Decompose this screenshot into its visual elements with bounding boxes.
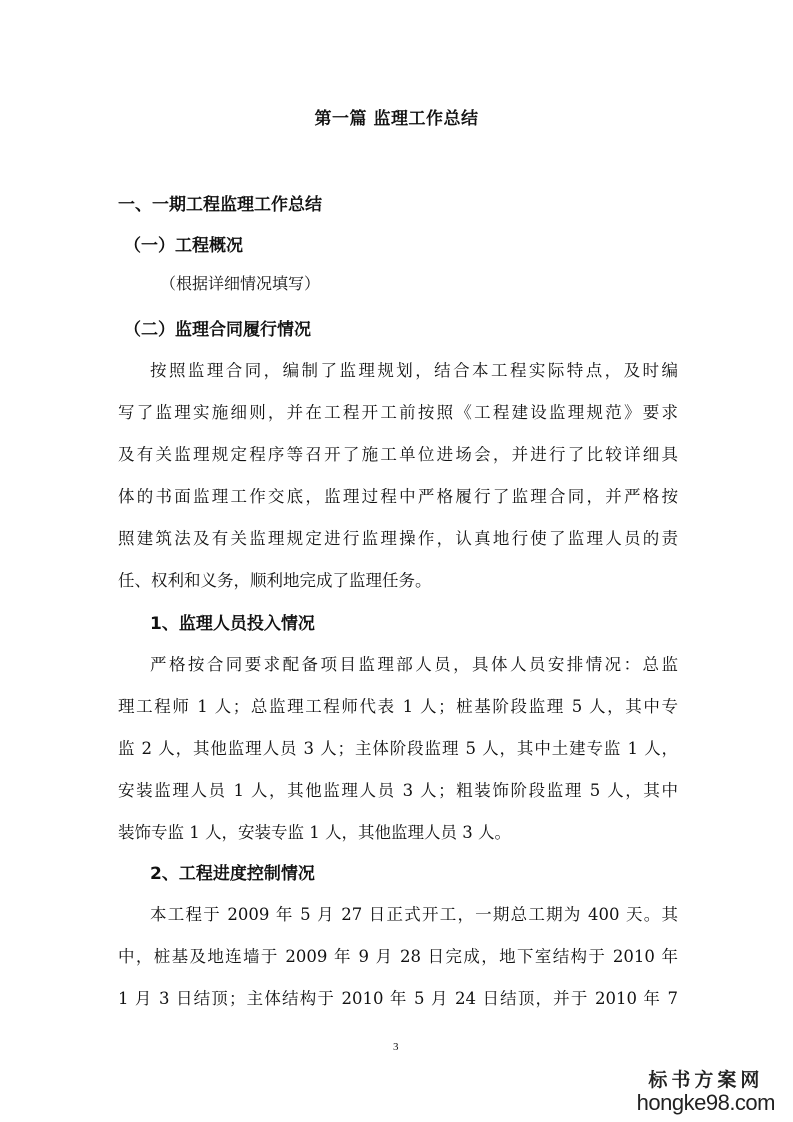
paragraph-line: 及有关监理规定程序等召开了施工单位进场会，并进行了比较详细具 [118, 441, 678, 465]
document-title: 第一篇 监理工作总结 [0, 104, 793, 129]
fill-in-note: （根据详细情况填写） [160, 271, 320, 294]
paragraph-line: 严格按合同要求配备项目监理部人员，具体人员安排情况：总监 [150, 651, 678, 675]
paragraph-line: 任、权利和义务，顺利地完成了监理任务。 [118, 567, 678, 591]
document-page: 第一篇 监理工作总结 一、一期工程监理工作总结 （一）工程概况 （根据详细情况填… [0, 0, 793, 1122]
paragraph-line: 安装监理人员 1 人，其他监理人员 3 人；粗装饰阶段监理 5 人，其中 [118, 777, 678, 801]
item-heading-staffing: 1、监理人员投入情况 [150, 609, 315, 634]
item-heading-schedule: 2、工程进度控制情况 [150, 859, 315, 884]
subsection-heading-overview: （一）工程概况 [124, 231, 243, 256]
watermark: 标书方案网 hongke98.com [637, 1069, 775, 1115]
paragraph-line: 1 月 3 日结顶；主体结构于 2010 年 5 月 24 日结顶，并于 201… [118, 985, 678, 1009]
paragraph-line: 装饰专监 1 人，安装专监 1 人，其他监理人员 3 人。 [118, 819, 678, 843]
paragraph-line: 监 2 人，其他监理人员 3 人；主体阶段监理 5 人，其中土建专监 1 人， [118, 735, 678, 759]
watermark-en: hongke98.com [637, 1091, 775, 1115]
paragraph-line: 本工程于 2009 年 5 月 27 日正式开工，一期总工期为 400 天。其 [150, 901, 678, 925]
paragraph-line: 中，桩基及地连墙于 2009 年 9 月 28 日完成，地下室结构于 2010 … [118, 943, 678, 967]
paragraph-line: 体的书面监理工作交底，监理过程中严格履行了监理合同，并严格按 [118, 483, 678, 507]
paragraph-line: 按照监理合同，编制了监理规划，结合本工程实际特点，及时编 [150, 357, 678, 381]
subsection-heading-contract: （二）监理合同履行情况 [124, 315, 311, 340]
watermark-cn: 标书方案网 [637, 1069, 775, 1091]
paragraph-line: 写了监理实施细则，并在工程开工前按照《工程建设监理规范》要求 [118, 399, 678, 423]
section-heading: 一、一期工程监理工作总结 [118, 190, 322, 215]
page-number: 3 [393, 1041, 399, 1053]
paragraph-line: 理工程师 1 人；总监理工程师代表 1 人；桩基阶段监理 5 人，其中专 [118, 693, 678, 717]
paragraph-line: 照建筑法及有关监理规定进行监理操作，认真地行使了监理人员的责 [118, 525, 678, 549]
